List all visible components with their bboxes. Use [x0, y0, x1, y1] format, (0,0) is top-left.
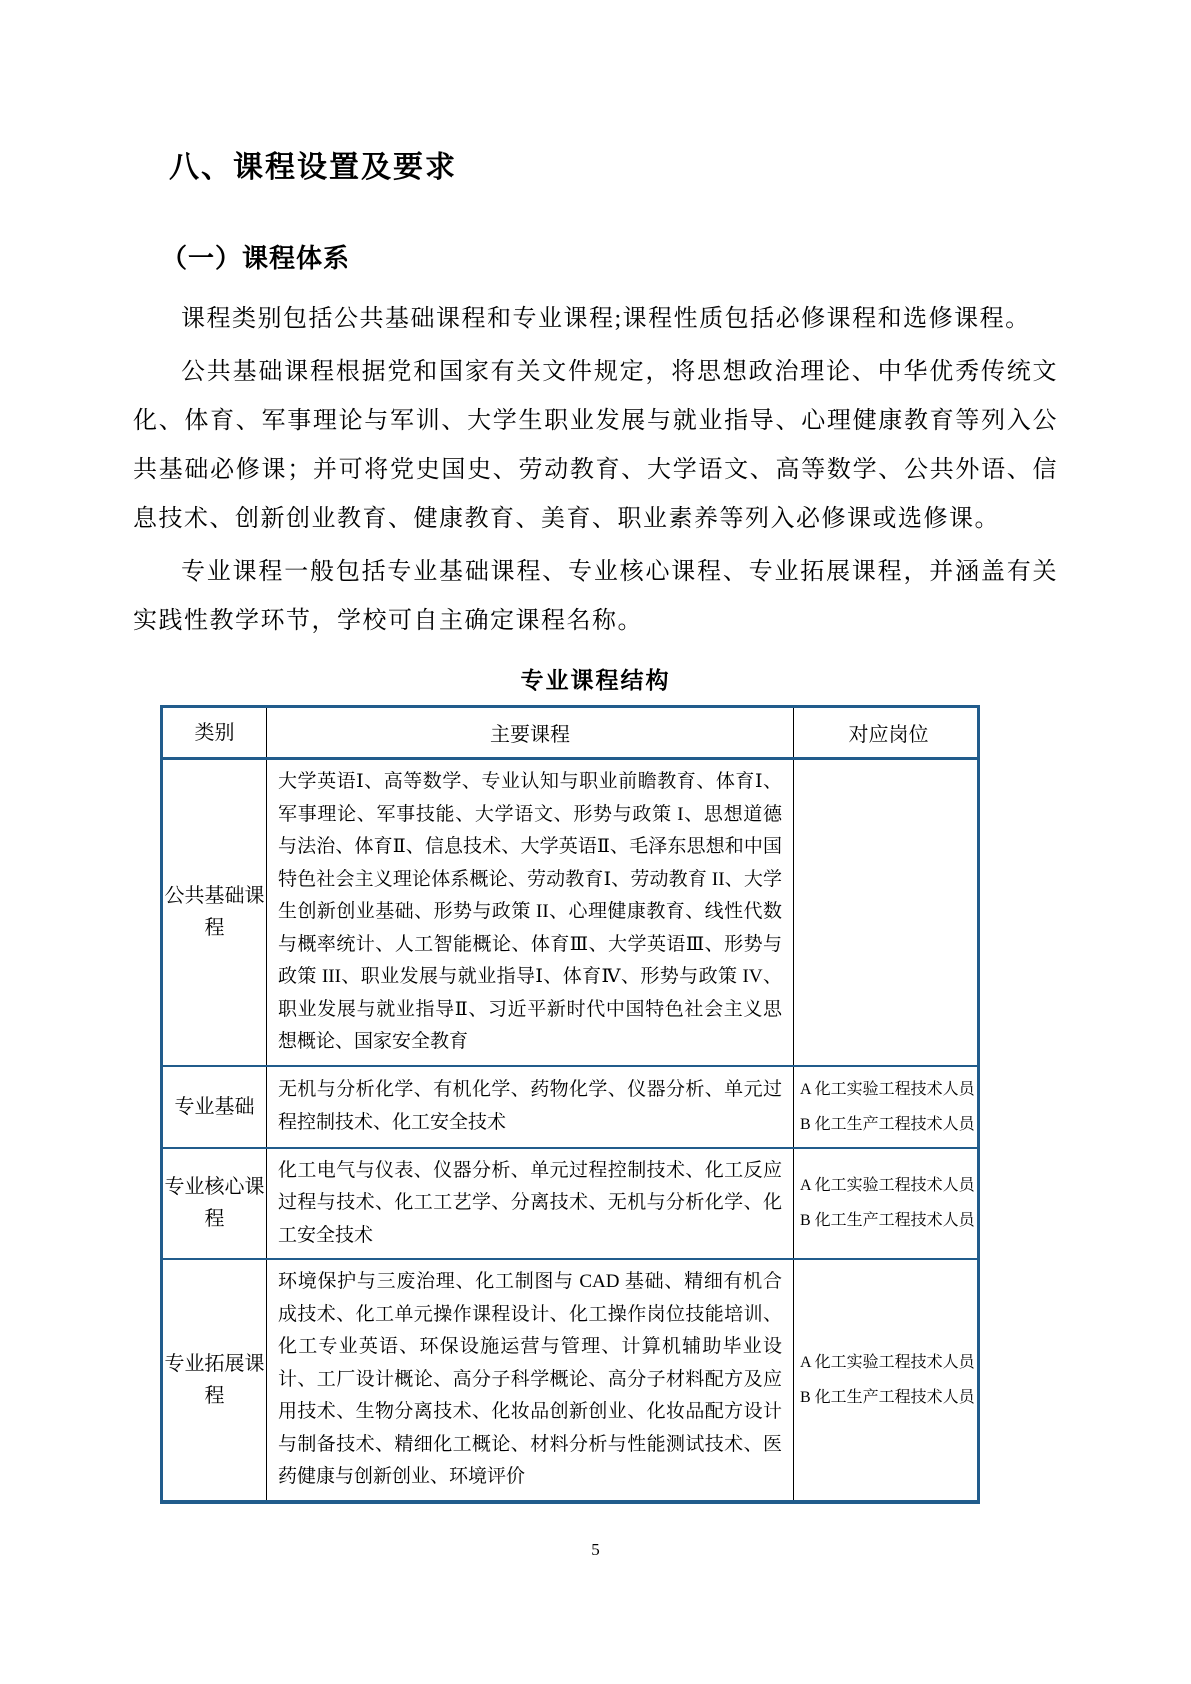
- page-title: 八、课程设置及要求: [169, 142, 1058, 186]
- course-structure-table: 类别 主要课程 对应岗位 公共基础课程 大学英语Ⅰ、高等数学、专业认知与职业前瞻…: [160, 705, 980, 1504]
- category-cell: 公共基础课程: [163, 760, 267, 1065]
- category-cell: 专业拓展课程: [163, 1260, 267, 1500]
- page-number: 5: [133, 1540, 1058, 1560]
- table-row: 专业基础 无机与分析化学、有机化学、药物化学、仪器分析、单元过程控制技术、化工安…: [163, 1067, 977, 1149]
- paragraph-public-basic-courses: 公共基础课程根据党和国家有关文件规定，将思想政治理论、中华优秀传统文化、体育、军…: [133, 348, 1058, 544]
- table-row: 专业核心课程 化工电气与仪表、仪器分析、单元过程控制技术、化工反应过程与技术、化…: [163, 1149, 977, 1261]
- courses-cell: 环境保护与三废治理、化工制图与 CAD 基础、精细有机合成技术、化工单元操作课程…: [267, 1260, 794, 1500]
- course-table-body: 公共基础课程 大学英语Ⅰ、高等数学、专业认知与职业前瞻教育、体育Ⅰ、军事理论、军…: [163, 760, 977, 1500]
- courses-cell: 化工电气与仪表、仪器分析、单元过程控制技术、化工反应过程与技术、化工工艺学、分离…: [267, 1149, 794, 1259]
- header-positions: 对应岗位: [794, 708, 977, 757]
- paragraph-professional-courses: 专业课程一般包括专业基础课程、专业核心课程、专业拓展课程，并涵盖有关实践性教学环…: [133, 548, 1058, 646]
- header-category: 类别: [163, 708, 267, 757]
- courses-text: 无机与分析化学、有机化学、药物化学、仪器分析、单元过程控制技术、化工安全技术: [278, 1074, 782, 1139]
- positions-text: A 化工实验工程技术人员B 化工生产工程技术人员: [800, 1345, 975, 1415]
- positions-text: A 化工实验工程技术人员B 化工生产工程技术人员: [800, 1168, 975, 1238]
- positions-cell: A 化工实验工程技术人员B 化工生产工程技术人员: [794, 1260, 977, 1500]
- category-cell: 专业核心课程: [163, 1149, 267, 1259]
- header-main-courses: 主要课程: [267, 708, 794, 757]
- table-header-row: 类别 主要课程 对应岗位: [163, 708, 977, 760]
- category-cell: 专业基础: [163, 1067, 267, 1147]
- positions-text: A 化工实验工程技术人员B 化工生产工程技术人员: [800, 1072, 975, 1142]
- positions-cell: A 化工实验工程技术人员B 化工生产工程技术人员: [794, 1149, 977, 1259]
- table-row: 公共基础课程 大学英语Ⅰ、高等数学、专业认知与职业前瞻教育、体育Ⅰ、军事理论、军…: [163, 760, 977, 1067]
- table-title: 专业课程结构: [133, 662, 1058, 695]
- positions-cell: [794, 760, 977, 1065]
- positions-cell: A 化工实验工程技术人员B 化工生产工程技术人员: [794, 1067, 977, 1147]
- courses-text: 环境保护与三废治理、化工制图与 CAD 基础、精细有机合成技术、化工单元操作课程…: [278, 1266, 782, 1494]
- courses-text: 大学英语Ⅰ、高等数学、专业认知与职业前瞻教育、体育Ⅰ、军事理论、军事技能、大学语…: [278, 766, 782, 1059]
- courses-cell: 大学英语Ⅰ、高等数学、专业认知与职业前瞻教育、体育Ⅰ、军事理论、军事技能、大学语…: [267, 760, 794, 1065]
- table-row: 专业拓展课程 环境保护与三废治理、化工制图与 CAD 基础、精细有机合成技术、化…: [163, 1260, 977, 1500]
- paragraph-course-categories: 课程类别包括公共基础课程和专业课程;课程性质包括必修课程和选修课程。: [133, 295, 1058, 344]
- section-heading: （一）课程体系: [161, 238, 1058, 275]
- document-page: 八、课程设置及要求 （一）课程体系 课程类别包括公共基础课程和专业课程;课程性质…: [0, 0, 1191, 1684]
- courses-text: 化工电气与仪表、仪器分析、单元过程控制技术、化工反应过程与技术、化工工艺学、分离…: [278, 1155, 782, 1253]
- courses-cell: 无机与分析化学、有机化学、药物化学、仪器分析、单元过程控制技术、化工安全技术: [267, 1067, 794, 1147]
